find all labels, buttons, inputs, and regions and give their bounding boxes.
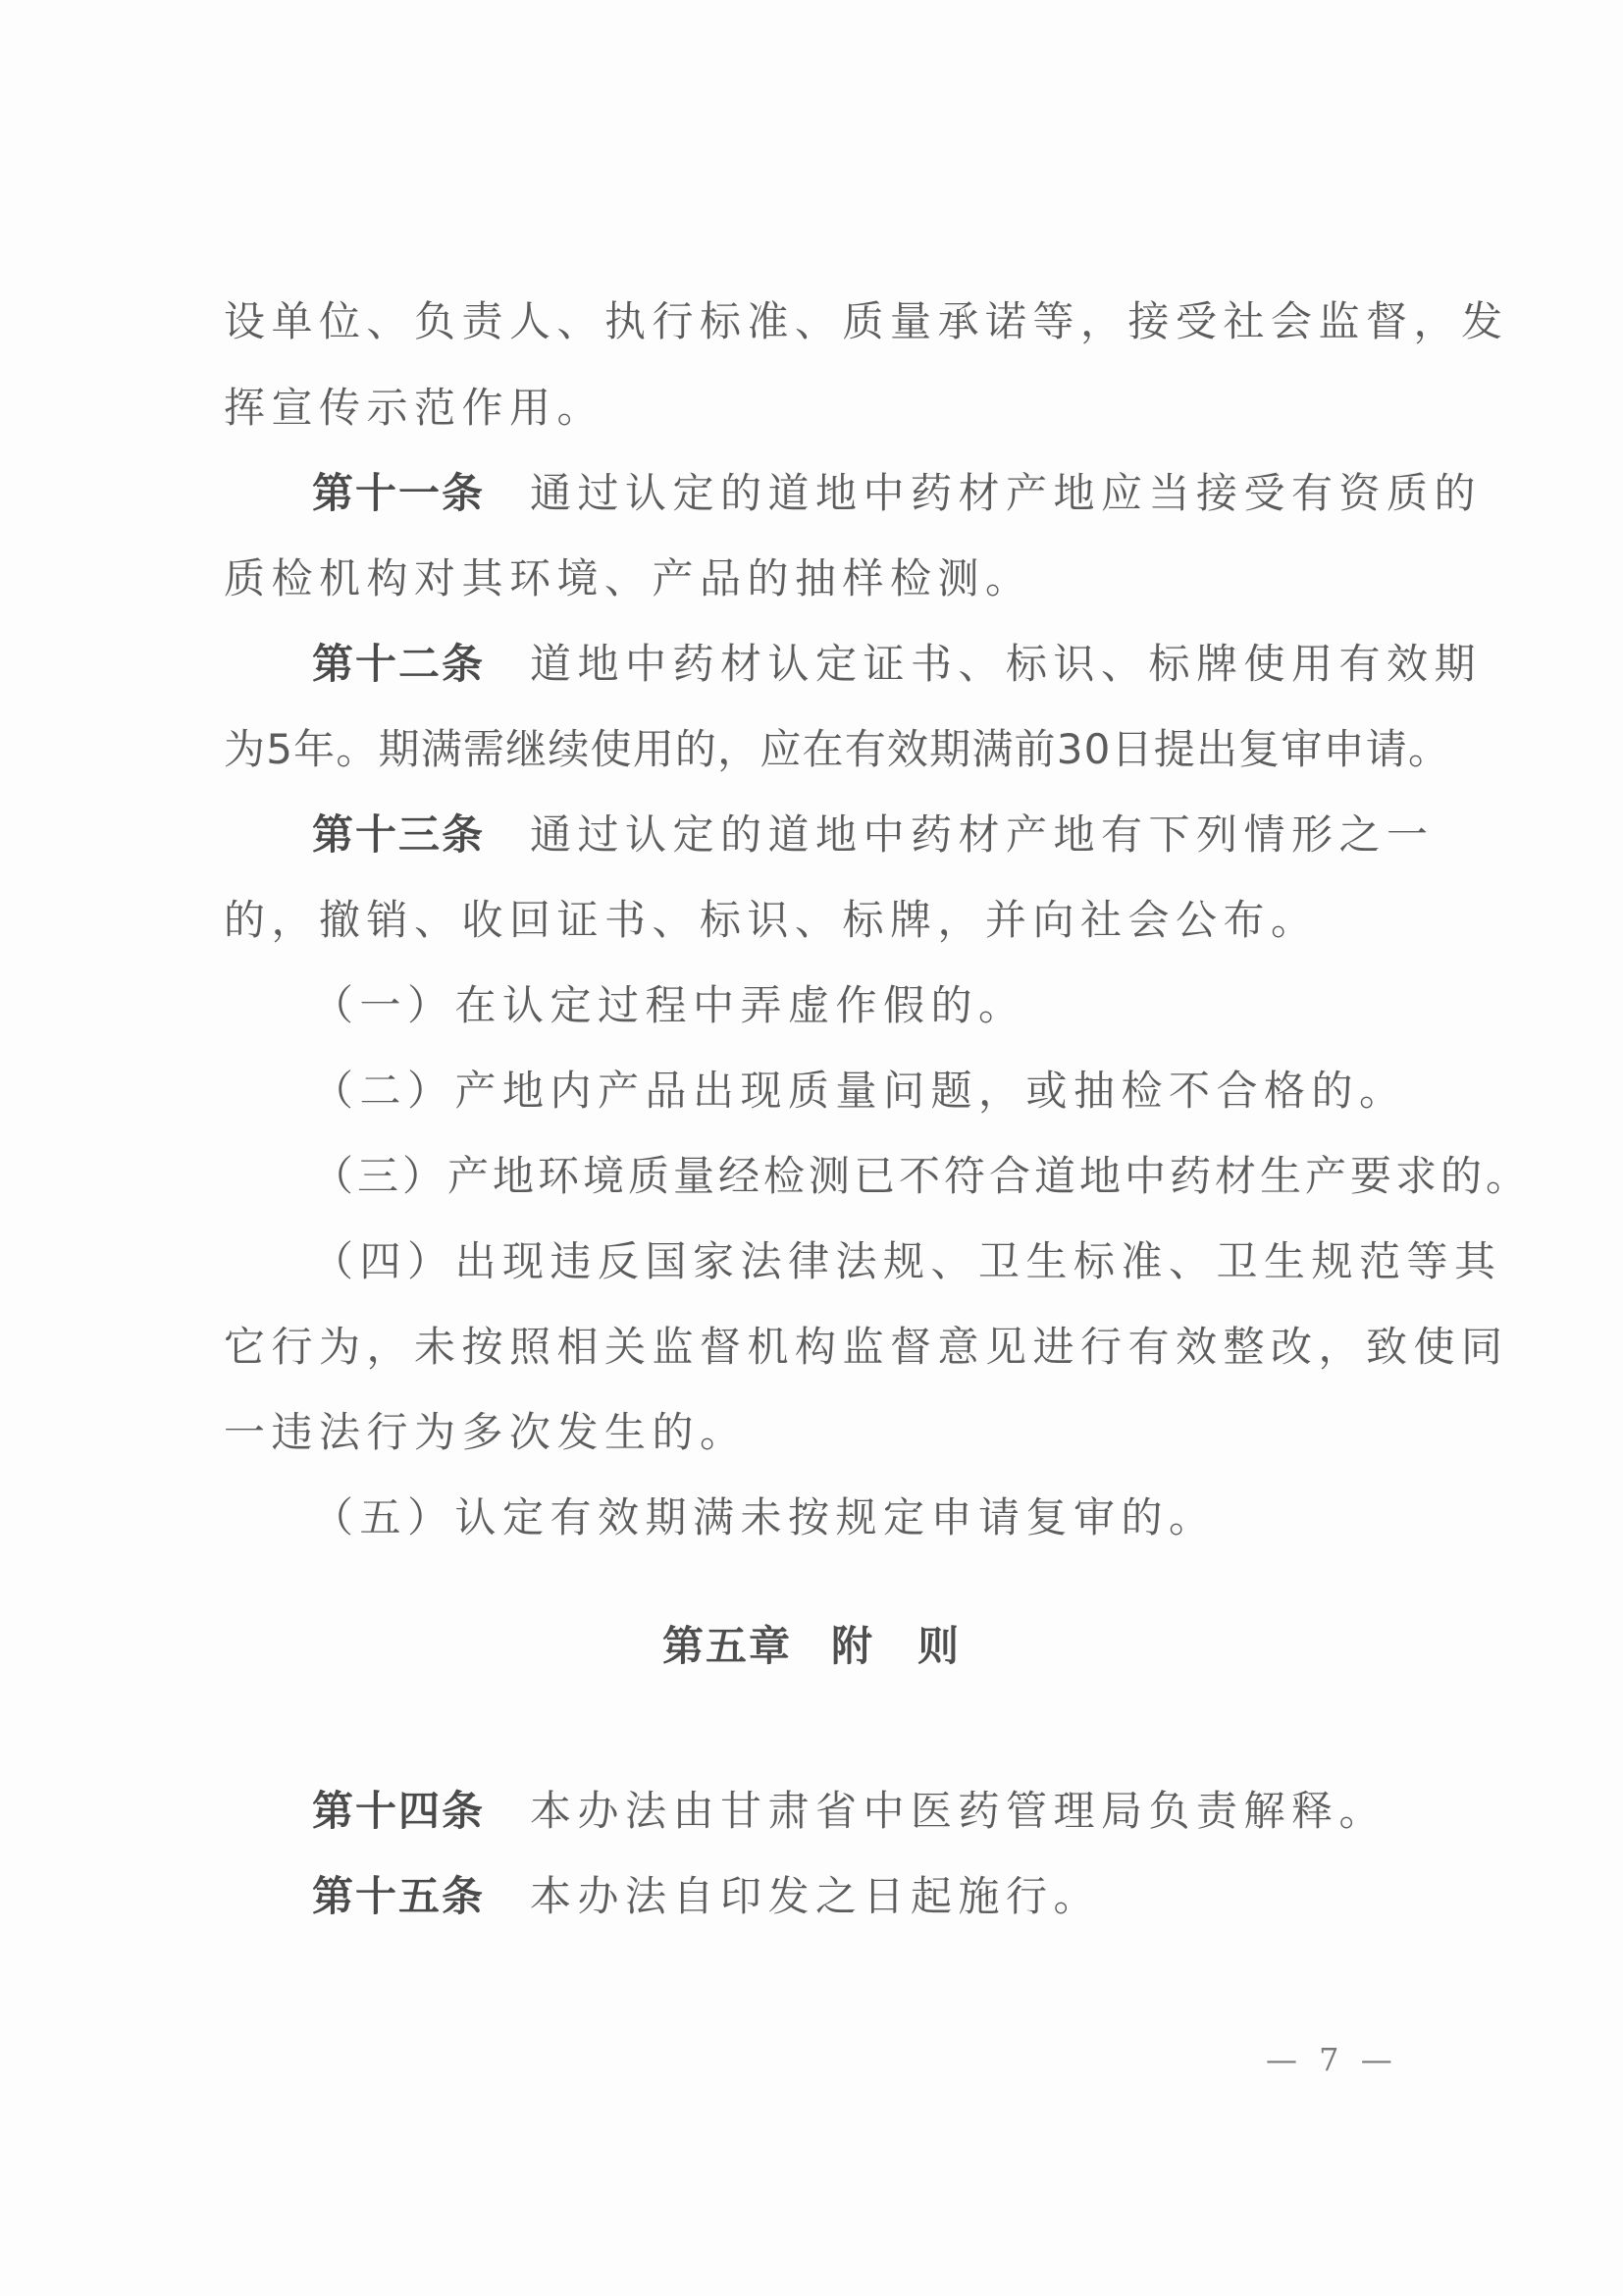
article-label: 第十五条	[312, 1872, 485, 1920]
paragraph-line: 一违法行为多次发生的。	[224, 1405, 1411, 1460]
page-number: — 7 —	[1266, 2041, 1398, 2078]
article-label: 第十一条	[312, 469, 485, 517]
article-13: 第十三条通过认定的道地中药材产地有下列情形之一	[312, 808, 1499, 862]
list-item-3: （三）产地环境质量经检测已不符合道地中药材生产要求的。	[312, 1149, 1499, 1204]
paragraph-line: 质检机构对其环境、产品的抽样检测。	[224, 551, 1411, 606]
article-text: 本办法自印发之日起施行。	[530, 1872, 1101, 1920]
article-text: 通过认定的道地中药材产地有下列情形之一	[530, 810, 1435, 859]
article-text: 通过认定的道地中药材产地应当接受有资质的	[530, 469, 1482, 517]
chapter-heading: 第五章附 则	[0, 1619, 1623, 1674]
document-page: 设单位、负责人、执行标准、质量承诺等，接受社会监督，发 挥宣传示范作用。 第十一…	[0, 0, 1623, 2296]
paragraph-line: 的，撤销、收回证书、标识、标牌，并向社会公布。	[224, 893, 1411, 948]
paragraph-line: 为5年。期满需继续使用的，应在有效期满前30日提出复审申请。	[224, 722, 1411, 777]
paragraph-line: 挥宣传示范作用。	[224, 381, 1411, 436]
chapter-number: 第五章	[662, 1622, 792, 1670]
chapter-title: 附 则	[831, 1622, 961, 1670]
list-item-5: （五）认定有效期满未按规定申请复审的。	[312, 1490, 1499, 1545]
list-item-2: （二）产地内产品出现质量问题，或抽检不合格的。	[312, 1064, 1499, 1119]
paragraph-line: 它行为，未按照相关监督机构监督意见进行有效整改，致使同	[224, 1320, 1411, 1375]
article-12: 第十二条道地中药材认定证书、标识、标牌使用有效期	[312, 637, 1499, 692]
article-label: 第十三条	[312, 810, 485, 859]
article-11: 第十一条通过认定的道地中药材产地应当接受有资质的	[312, 466, 1499, 521]
list-item-4: （四）出现违反国家法律法规、卫生标准、卫生规范等其	[312, 1234, 1499, 1289]
article-15: 第十五条本办法自印发之日起施行。	[312, 1869, 1499, 1924]
article-14: 第十四条本办法由甘肃省中医药管理局负责解释。	[312, 1784, 1499, 1839]
article-label: 第十四条	[312, 1787, 485, 1835]
paragraph-line: 设单位、负责人、执行标准、质量承诺等，接受社会监督，发	[224, 294, 1411, 349]
article-label: 第十二条	[312, 640, 485, 688]
article-text: 道地中药材认定证书、标识、标牌使用有效期	[530, 640, 1482, 688]
article-text: 本办法由甘肃省中医药管理局负责解释。	[530, 1787, 1387, 1835]
list-item-1: （一）在认定过程中弄虚作假的。	[312, 978, 1499, 1033]
